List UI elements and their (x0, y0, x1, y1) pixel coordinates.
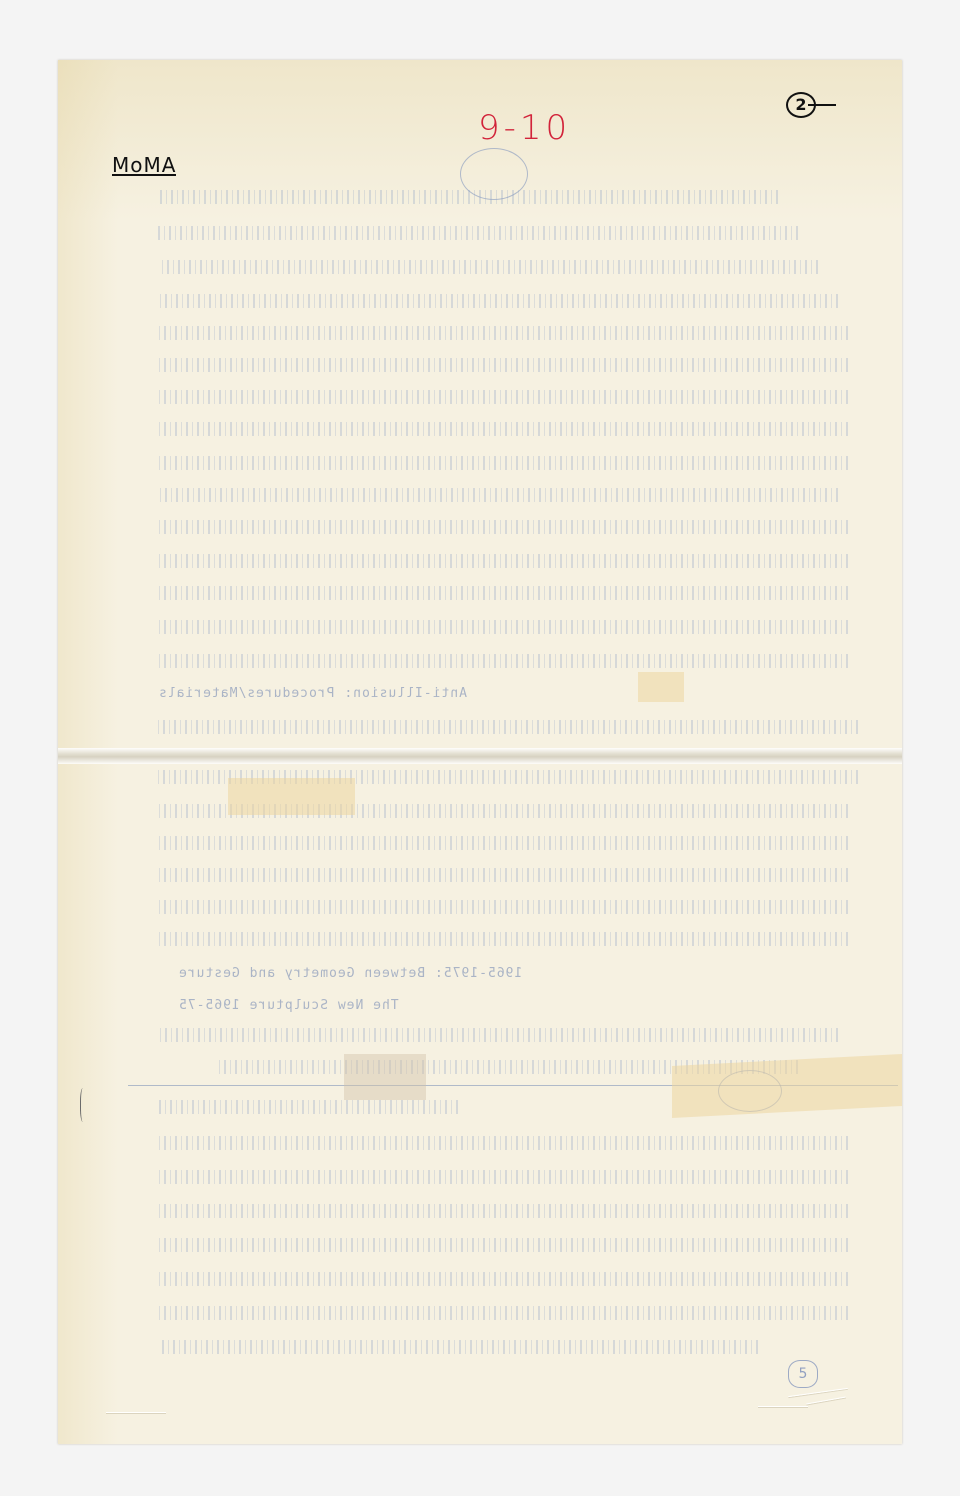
paper-fold-crease (58, 748, 902, 764)
ghost-handwriting-line (158, 1204, 848, 1218)
tape-patch (344, 1054, 426, 1100)
ghost-handwriting-line (158, 554, 848, 568)
ghost-handwriting-line (158, 260, 818, 274)
ghost-handwriting-line (158, 836, 848, 850)
ghost-handwriting-line (158, 358, 848, 372)
margin-pencil-mark (80, 1088, 87, 1122)
ghost-handwriting-line (158, 868, 848, 882)
embossed-mark (788, 1388, 848, 1397)
ghost-handwriting-line (158, 932, 848, 946)
ghost-handwriting-line (158, 1306, 848, 1320)
ghost-handwriting-line (158, 720, 858, 734)
tape-patch (228, 778, 355, 815)
tape-patch (638, 672, 684, 702)
ghost-handwriting-line (158, 390, 848, 404)
ghost-handwriting-line (158, 422, 848, 436)
ghost-handwriting-line (158, 1272, 848, 1286)
moma-label: MoMA (112, 156, 176, 176)
ghost-handwriting-line (158, 1100, 458, 1114)
ghost-handwriting-line (158, 1028, 838, 1042)
ghost-handwriting-line (158, 1238, 848, 1252)
tape-patch (672, 1054, 902, 1118)
circled-page-number: 2 (786, 92, 816, 118)
embossed-mark (758, 1406, 808, 1407)
ghost-handwriting-line (158, 620, 848, 634)
ghost-handwriting-line (158, 456, 848, 470)
ghost-handwriting-line (158, 326, 848, 340)
ghost-handwriting-line (158, 1170, 848, 1184)
ghost-handwriting-line (158, 654, 848, 668)
ghost-handwriting-line (158, 1136, 848, 1150)
ghost-handwriting-line (158, 586, 848, 600)
red-page-range-annotation: 9-10 (478, 108, 571, 148)
ghost-handwriting-line (158, 488, 838, 502)
ghost-handwriting-line (158, 190, 778, 204)
ghost-text-anti-illusion: Anti-Illusion: Procedures/Materials (158, 686, 467, 701)
ghost-handwriting-line (158, 520, 848, 534)
ghost-text-between: 1965-1975: Between Geometry and Gesture (178, 966, 522, 981)
embossed-mark (806, 1397, 846, 1405)
document-page: 9-10 2 MoMA Anti-Illusion: Procedures/Ma… (58, 60, 902, 1444)
ghost-handwriting-line (158, 1340, 758, 1354)
ghost-handwriting-line (158, 226, 798, 240)
embossed-mark (106, 1412, 166, 1413)
bottom-circled-number: 5 (788, 1360, 818, 1388)
ghost-text-new-sculpture: The New Sculpture 1965-75 (178, 998, 399, 1013)
ghost-handwriting-line (158, 294, 838, 308)
